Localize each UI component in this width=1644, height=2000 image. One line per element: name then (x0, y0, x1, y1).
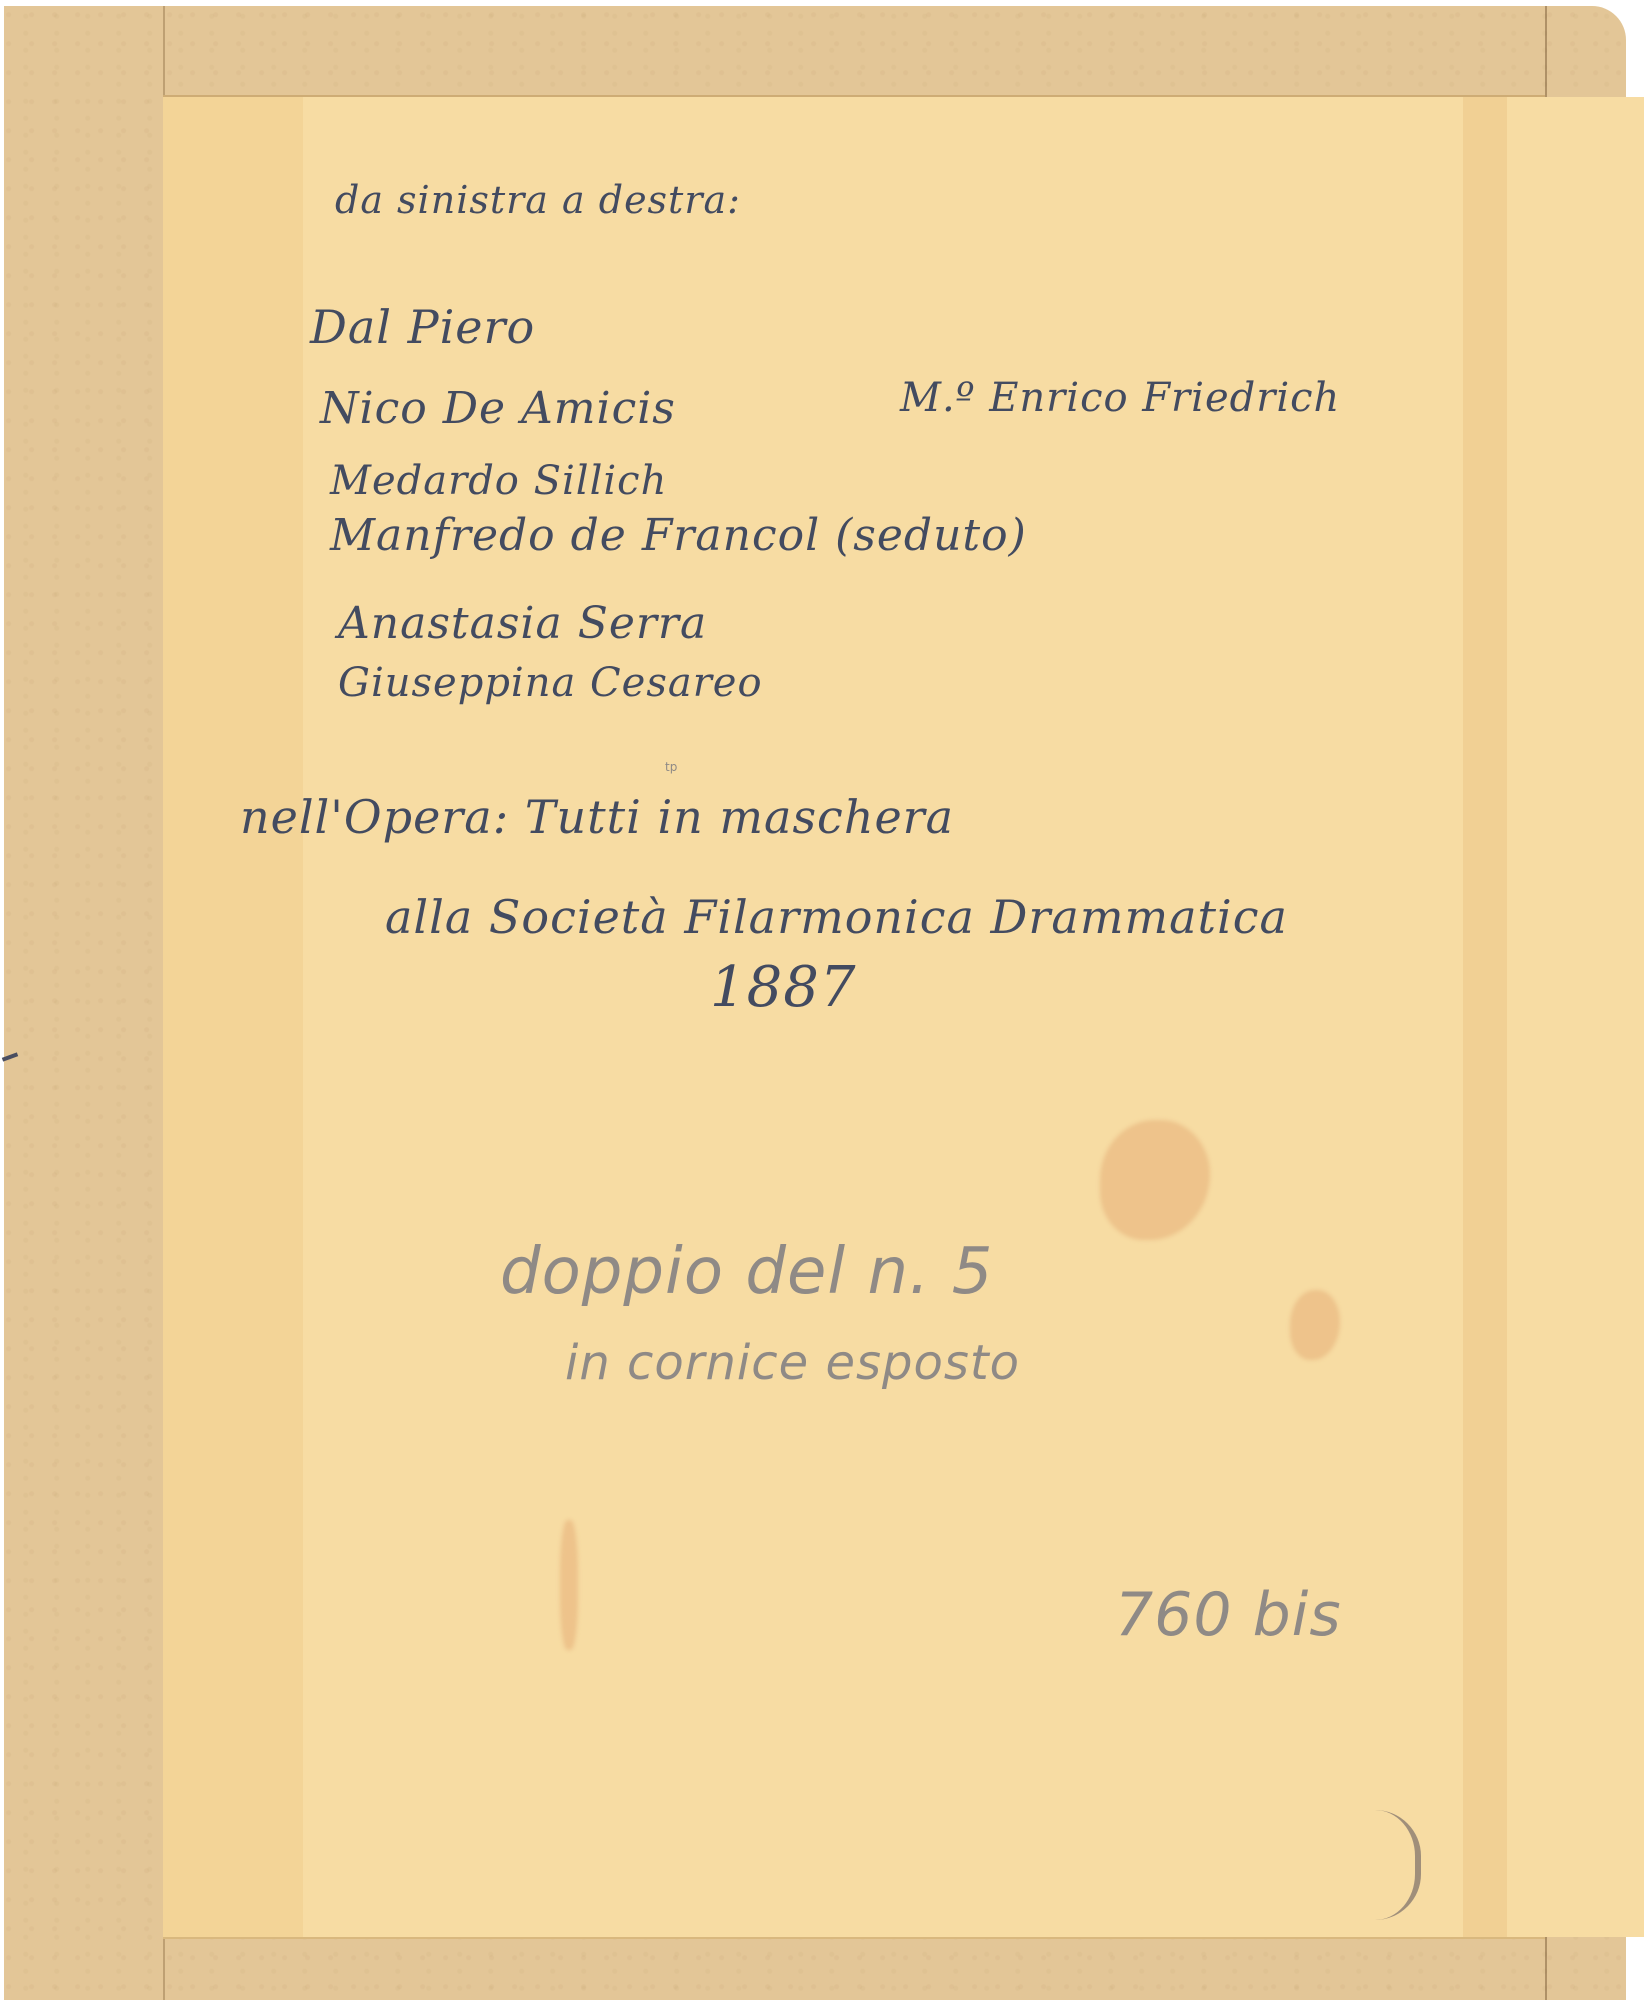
header-line: da sinistra a destra: (335, 178, 741, 222)
society-line: alla Società Filarmonica Drammatica (385, 890, 1288, 944)
duplicate-note: doppio del n. 5 (500, 1235, 993, 1309)
person-name: Manfredo de Francol (seduto) (330, 510, 1027, 561)
person-name: Giuseppina Cesareo (338, 660, 763, 706)
person-name: Dal Piero (310, 300, 535, 354)
person-name: Nico De Amicis (320, 383, 676, 434)
catalog-number: 760 bis (1115, 1580, 1342, 1650)
opera-line: nell'Opera: Tutti in maschera (240, 790, 954, 844)
year: 1887 (710, 955, 857, 1020)
frame-note: in cornice esposto (565, 1335, 1020, 1391)
paper-label-inner (303, 97, 1644, 1937)
person-name: Medardo Sillich (330, 458, 667, 504)
maestro-name: M.º Enrico Friedrich (900, 375, 1340, 421)
water-stain (560, 1520, 578, 1650)
person-name: Anastasia Serra (338, 598, 707, 649)
small-pencil-mark: tp (665, 760, 677, 774)
paper-label-band (1463, 97, 1507, 1937)
